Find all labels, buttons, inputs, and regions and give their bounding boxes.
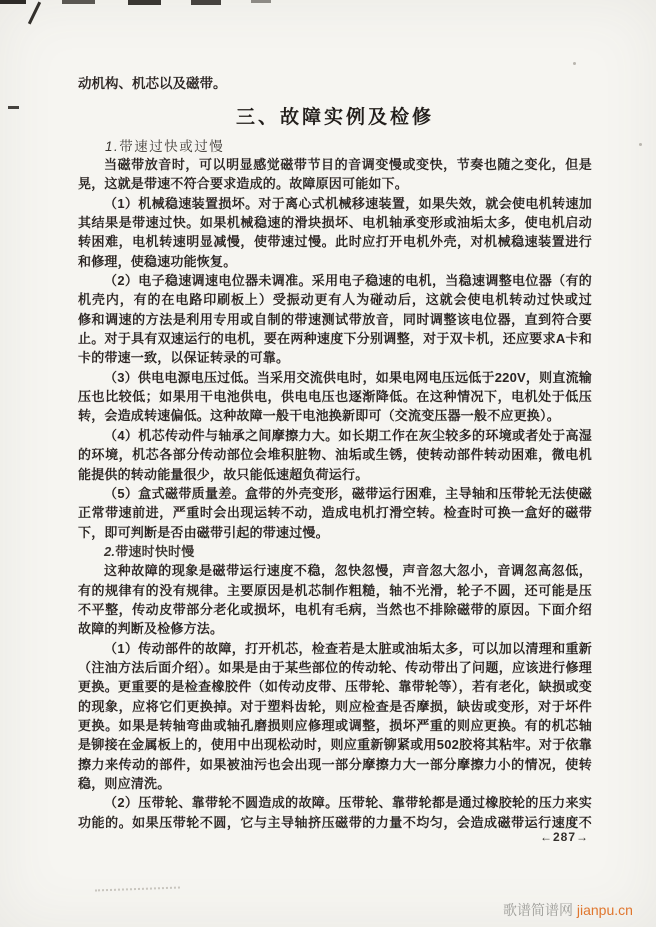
text-line: 这种故障的现象是磁带运行速度不稳，忽快忽慢，声音忽大忽小，音调忽高忽低，变化 — [78, 561, 592, 580]
opening-line: 动机构、机芯以及磁带。 — [78, 74, 592, 93]
text-line: 压也比较低；如果用干电池供电，供电电压也逐渐降低。在这种情况下，电机处于低压运 — [78, 387, 592, 406]
text-line: 功能的。如果压带轮不圆，它与主导轴挤压磁带的力量不均匀，会造成磁带运行速度不稳， — [78, 813, 592, 832]
scan-artifact-scribble — [95, 887, 180, 893]
text-line: （2）压带轮、靠带轮不圆造成的故障。压带轮、靠带轮都是通过橡胶轮的压力来实现其 — [78, 793, 592, 812]
text-line: （2）电子稳速调速电位器未调准。采用电子稳速的电机，当稳速调整电位器（有的在电 — [78, 271, 592, 290]
scan-artifact-bar — [128, 0, 161, 5]
subheading-1: 1.带速过快或过慢 — [78, 137, 592, 156]
scan-artifact-bar — [251, 0, 271, 3]
text-line: 更换。更重要的是检查橡胶件（如传动皮带、压带轮、靠带轮等），若有老化，缺损或变形 — [78, 677, 592, 696]
text-line: 是铆接在金属板上的，使用中出现松动时，则应重新铆紧或用502胶将其粘牢。对于依靠… — [78, 735, 592, 754]
text-line: 和修理，使稳速功能恢复。 — [78, 252, 592, 271]
text-line: 修和调速的方法是利用专用或自制的带速测试带放音，同时调整该电位器，直到符合要求为 — [78, 310, 592, 329]
text-line: 故障的判断及检修方法。 — [78, 619, 592, 638]
scan-artifact-dash — [8, 106, 19, 109]
text-line: 转，会造成转速偏低。这种故障一般干电池换新即可（交流变压器一般不应更换）。 — [78, 406, 592, 425]
text-line: （3）供电电源电压过低。当采用交流供电时，如果电网电压远低于220V，则直流输出… — [78, 368, 592, 387]
text-line: 转困难，电机转速明显减慢，使带速过慢。此时应打开电机外壳，对机械稳速装置进行调整 — [78, 232, 592, 251]
scan-speck — [573, 62, 576, 65]
text-line: （1）机械稳速装置损坏。对于离心式机械移速装置，如果失效，就会使电机转速加快， — [78, 194, 592, 213]
text-line: 稳，则应清洗。 — [78, 774, 592, 793]
page-number: ←287→ — [540, 830, 589, 844]
text-line: 晃，这就是带速不符合要求造成的。故障原因可能如下。 — [78, 174, 592, 193]
text-line: 有的规律有的没有规律。主要原因是机芯制作粗糙，轴不光滑，轮子不圆，还可能是压带轮 — [78, 581, 592, 600]
scan-artifact-bar — [191, 0, 221, 5]
watermark-domain: jianpu.cn — [577, 902, 633, 918]
section-heading: 三、故障实例及检修 — [78, 102, 592, 129]
text-line: 不平整，传动皮带部分老化或损坏，电机有毛病，当然也不排除磁带的原因。下面介绍几种 — [78, 600, 592, 619]
text-line: 擦力来传动的部件，如果被油污也会出现一部分摩擦力大一部分摩擦力小的情况，使转速不 — [78, 755, 592, 774]
text-line: 其结果是带速过快。如果机械稳速的滑块损坏、电机轴承变形或油垢太多，使电机启动和运 — [78, 213, 592, 232]
subheading-2: 2.带速时快时慢 — [78, 542, 592, 561]
text-line: （注油方法后面介绍）。如果是由于某些部位的传动轮、传动带出了问题，应该进行修理和 — [78, 658, 592, 677]
text-line: 的环境，机芯各部分传动部位会堆积脏物、油垢或生锈，使转动部件转动困难，微电机本身 — [78, 445, 592, 464]
text-line: 正常带速前进，严重时会出现运转不动，造成电机打滑空转。检查时可换一盒好的磁带试一 — [78, 503, 592, 522]
scan-speck — [639, 143, 642, 146]
body-text-column: 当磁带放音时，可以明显感觉磁带节目的音调变慢或变快，节奏也随之变化，但是不抖 晃… — [78, 155, 592, 832]
scan-artifact-bar — [0, 0, 26, 4]
text-line: 卡的带速一致，以保证转录的可靠。 — [78, 348, 592, 367]
text-line: 机壳内，有的在电路印刷板上）受振动更有人为碰动后，这就会使电机转动过快或过慢。检 — [78, 290, 592, 309]
text-line: （4）机芯传动件与轴承之间摩擦力大。如长期工作在灰尘较多的环境或者处于高湿高热 — [78, 426, 592, 445]
scan-artifact-bar — [62, 0, 95, 4]
scanned-book-page: 动机构、机芯以及磁带。 三、故障实例及检修 1.带速过快或过慢 当磁带放音时，可… — [0, 0, 656, 927]
text-line: 更换。如果是转轴弯曲或轴孔磨损则应修理或调整，损坏严重的则应更换。有的机芯轴承座 — [78, 716, 592, 735]
text-line: 下，即可判断是否由磁带引起的带速过慢。 — [78, 523, 592, 542]
text-line: 当磁带放音时，可以明显感觉磁带节目的音调变慢或变快，节奏也随之变化，但是不抖 — [78, 155, 592, 174]
watermark: 歌谱简谱网 jianpu.cn — [503, 900, 633, 920]
text-line: （5）盒式磁带质量差。盒带的外壳变形，磁带运行困难，主导轴和压带轮无法使磁带按 — [78, 484, 592, 503]
watermark-site-name: 歌谱简谱网 — [503, 902, 577, 918]
scan-artifact-slash — [28, 2, 41, 25]
text-line: 能提供的转动能量很少，故只能低速超负荷运行。 — [78, 465, 592, 484]
text-line: 止。对于具有双速运行的电机，要在两种速度下分别调整，对于双卡机，还应要求A卡和B — [78, 329, 592, 348]
text-line: （1）传动部件的故障，打开机芯，检查若是太脏或油垢太多，可以加以清理和重新注油 — [78, 639, 592, 658]
text-line: 的现象，应将它们更换掉。对于塑料齿轮，则应检查是否摩损，缺齿或变形，对于坏件只能 — [78, 697, 592, 716]
